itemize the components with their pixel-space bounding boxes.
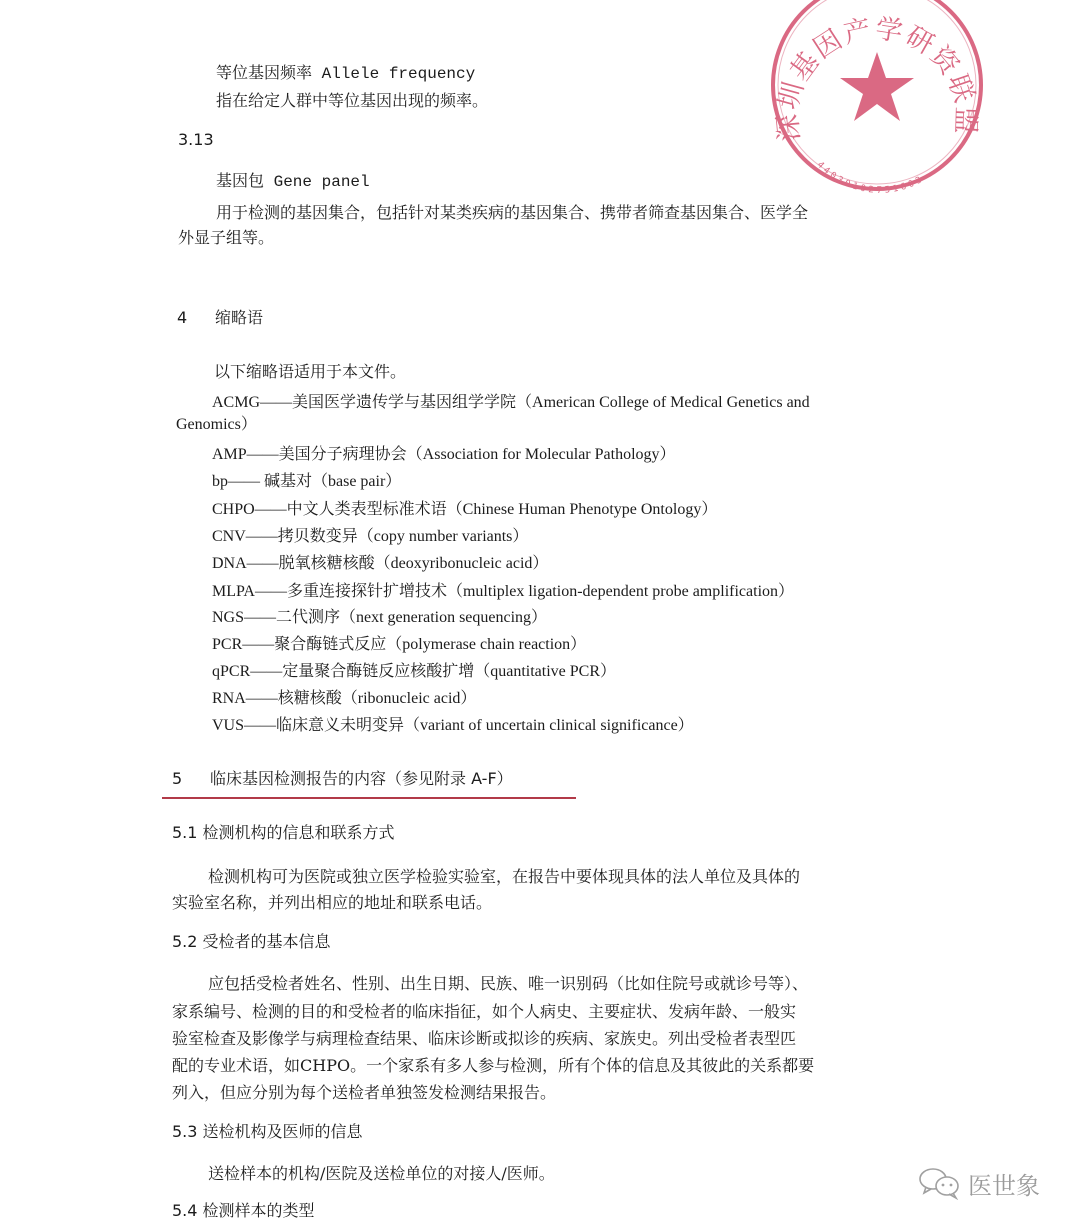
definition-allele-frequency: 指在给定人群中等位基因出现的频率。 — [216, 90, 488, 112]
section-5-title: 临床基因检测报告的内容（参见附录 A-F） — [210, 769, 513, 788]
abbr-rna: RNA——核糖核酸（ribonucleic acid） — [212, 688, 476, 710]
document-page: 等位基因频率 Allele frequency 指在给定人群中等位基因出现的频率… — [0, 0, 1080, 1231]
svg-text:4403010275160З: 4403010275160З — [815, 160, 927, 196]
clause-number-3-13: 3.13 — [178, 129, 214, 151]
abbr-acmg-line2: Genomics） — [176, 414, 257, 436]
section-5-3-number: 5.3 — [172, 1122, 197, 1141]
section-5-2-body-line2: 家系编号、检测的目的和受检者的临床指征，如个人病史、主要症状、发病年龄、一般实 — [172, 1001, 796, 1023]
section-5-2-body-line1: 应包括受检者姓名、性别、出生日期、民族、唯一识别码（比如住院号或就诊号等）、 — [208, 973, 808, 995]
abbr-mlpa: MLPA——多重连接探针扩增技术（multiplex ligation-depe… — [212, 581, 794, 603]
abbreviations-intro: 以下缩略语适用于本文件。 — [214, 361, 406, 383]
abbr-bp: bp—— 碱基对（base pair） — [212, 471, 401, 493]
abbr-chpo: CHPO——中文人类表型标准术语（Chinese Human Phenotype… — [212, 499, 717, 521]
section-5-1-number: 5.1 — [172, 823, 197, 842]
wechat-watermark: 医世象 — [918, 1166, 1040, 1200]
abbr-acmg-line1: ACMG——美国医学遗传学与基因组学学院（American College of… — [212, 392, 810, 414]
section-5-1-body-line2: 实验室名称，并列出相应的地址和联系电话。 — [172, 892, 492, 914]
section-5-2-body-line5: 列入，但应分别为每个送检者单独签发检测结果报告。 — [172, 1082, 556, 1104]
wechat-icon — [918, 1166, 962, 1200]
section-5-2-body-line4: 配的专业术语，如CHPO。一个家系有多人参与检测，所有个体的信息及其彼此的关系都… — [172, 1055, 814, 1077]
abbr-amp: AMP——美国分子病理协会（Association for Molecular … — [212, 444, 676, 466]
section-4-title: 缩略语 — [215, 308, 263, 327]
definition-gene-panel-line2: 外显子组等。 — [178, 227, 274, 249]
section-5-heading: 5临床基因检测报告的内容（参见附录 A-F） — [172, 768, 513, 790]
section-5-1-title: 检测机构的信息和联系方式 — [203, 823, 395, 842]
term-allele-frequency: 等位基因频率 Allele frequency — [216, 63, 475, 85]
section-4-number: 4 — [177, 307, 215, 329]
term-gene-panel: 基因包 Gene panel — [216, 171, 370, 193]
section-5-2-heading: 5.2 受检者的基本信息 — [172, 931, 331, 953]
abbr-qpcr: qPCR——定量聚合酶链反应核酸扩增（quantitative PCR） — [212, 661, 616, 683]
abbr-cnv: CNV——拷贝数变异（copy number variants） — [212, 526, 528, 548]
abbr-vus: VUS——临床意义未明变异（variant of uncertain clini… — [212, 715, 694, 737]
section-5-3-title: 送检机构及医师的信息 — [203, 1122, 363, 1141]
section-5-2-title: 受检者的基本信息 — [203, 932, 331, 951]
section-5-number: 5 — [172, 768, 210, 790]
section-5-2-number: 5.2 — [172, 932, 197, 951]
watermark-text: 医世象 — [968, 1166, 1040, 1201]
red-underline — [162, 797, 576, 799]
section-5-3-body-line1: 送检样本的机构/医院及送检单位的对接人/医师。 — [208, 1163, 555, 1185]
abbr-dna: DNA——脱氧核糖核酸（deoxyribonucleic acid） — [212, 553, 548, 575]
abbr-pcr: PCR——聚合酶链式反应（polymerase chain reaction） — [212, 634, 586, 656]
section-5-4-number: 5.4 — [172, 1201, 197, 1220]
abbr-ngs: NGS——二代测序（next generation sequencing） — [212, 607, 547, 629]
section-4-heading: 4缩略语 — [177, 307, 263, 329]
section-5-2-body-line3: 验室检查及影像学与病理检查结果、临床诊断或拟诊的疾病、家族史。列出受检者表型匹 — [172, 1028, 796, 1050]
section-5-4-heading: 5.4 检测样本的类型 — [172, 1200, 315, 1222]
stamp-serial: 4403010275160З — [815, 160, 927, 196]
definition-gene-panel-line1: 用于检测的基因集合，包括针对某类疾病的基因集合、携带者筛查基因集合、医学全 — [216, 202, 808, 224]
section-5-1-body-line1: 检测机构可为医院或独立医学检验实验室，在报告中要体现具体的法人单位及具体的 — [208, 866, 800, 888]
section-5-4-title: 检测样本的类型 — [203, 1201, 315, 1220]
section-5-3-heading: 5.3 送检机构及医师的信息 — [172, 1121, 363, 1143]
section-5-1-heading: 5.1 检测机构的信息和联系方式 — [172, 822, 395, 844]
seal-icon: 深圳基因产学研资联盟 4403010275160З — [762, 0, 992, 210]
seal-stamp: 深圳基因产学研资联盟 4403010275160З — [762, 0, 992, 210]
